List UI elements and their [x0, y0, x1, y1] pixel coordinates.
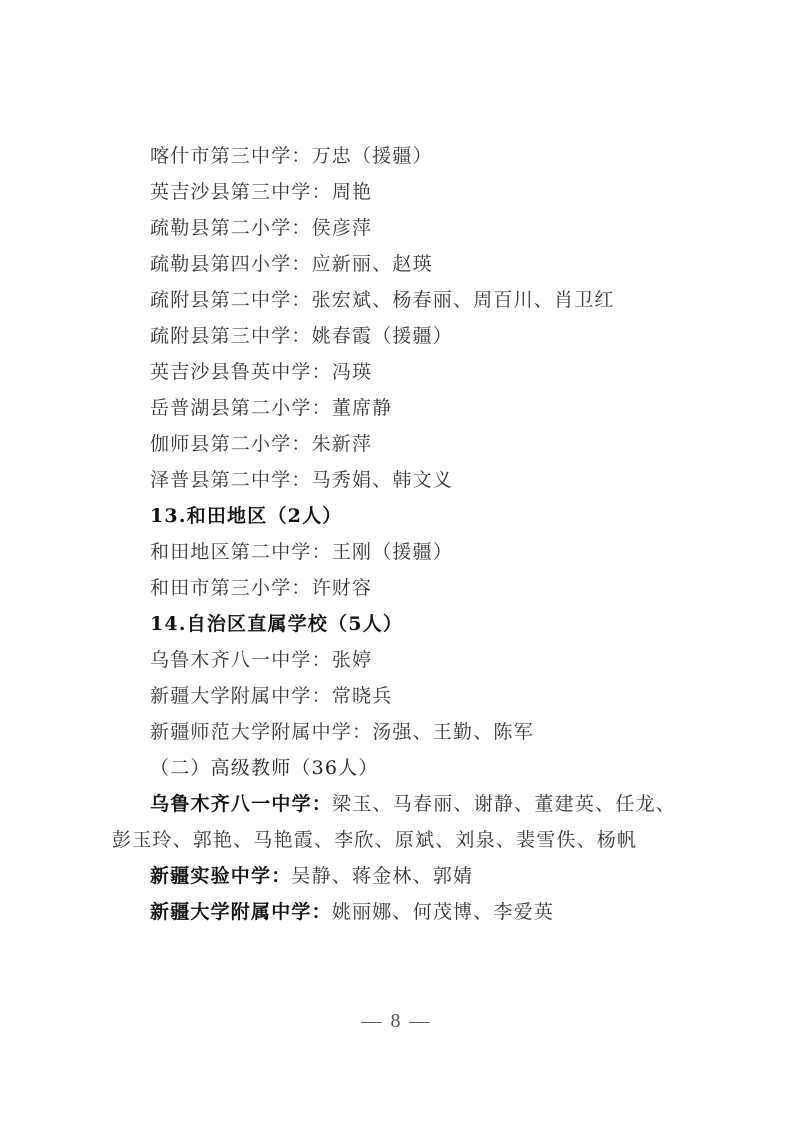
list-item: 疏勒县第四小学：应新丽、赵瑛: [112, 246, 676, 282]
school-name: 岳普湖县第二小学：: [150, 397, 332, 419]
teacher-names: 周艳: [332, 181, 372, 203]
teacher-names: 应新丽、赵瑛: [312, 253, 433, 275]
list-item: 泽普县第二中学：马秀娟、韩文义: [112, 462, 676, 498]
list-item: 和田地区第二中学：王刚（援疆）: [112, 534, 676, 570]
section-heading-senior-teachers: （二）高级教师（36人）: [112, 750, 676, 786]
list-item: 和田市第三小学：许财容: [112, 570, 676, 606]
list-item: 疏附县第三中学：姚春霞（援疆）: [112, 318, 676, 354]
school-name: 疏附县第二中学：: [150, 289, 312, 311]
school-name: 和田市第三小学：: [150, 577, 312, 599]
list-item: 英吉沙县第三中学：周艳: [112, 174, 676, 210]
school-name: 喀什市第三中学：: [150, 145, 312, 167]
teacher-names: 姚丽娜、何茂博、李爱英: [332, 901, 554, 923]
list-item: 新疆实验中学：吴静、蒋金林、郭婧: [112, 858, 676, 894]
list-item: 伽师县第二小学：朱新萍: [112, 426, 676, 462]
school-name: 新疆大学附属中学：: [150, 901, 332, 923]
page-number: — 8 —: [0, 1010, 793, 1033]
school-name: 疏勒县第四小学：: [150, 253, 312, 275]
school-name: 新疆大学附属中学：: [150, 685, 332, 707]
teacher-names: 许财容: [312, 577, 373, 599]
school-name: 英吉沙县鲁英中学：: [150, 361, 332, 383]
teacher-names: 万忠（援疆）: [312, 145, 433, 167]
teacher-names: 吴静、蒋金林、郭婧: [291, 865, 473, 887]
section-heading-hotan: 13.和田地区（2人）: [112, 498, 676, 534]
teacher-names: 常晓兵: [332, 685, 393, 707]
list-item: 疏附县第二中学：张宏斌、杨春丽、周百川、肖卫红: [112, 282, 676, 318]
school-name: 伽师县第二小学：: [150, 433, 312, 455]
teacher-names: 汤强、王勤、陈军: [372, 721, 534, 743]
teacher-names: 张婷: [332, 649, 372, 671]
list-item: 新疆大学附属中学：姚丽娜、何茂博、李爱英: [112, 894, 676, 930]
teacher-names: 朱新萍: [312, 433, 373, 455]
list-item: 岳普湖县第二小学：董席静: [112, 390, 676, 426]
school-name: 乌鲁木齐八一中学：: [150, 649, 332, 671]
school-name: 新疆实验中学：: [150, 865, 291, 887]
school-name: 英吉沙县第三中学：: [150, 181, 332, 203]
teacher-names: 侯彦萍: [312, 217, 373, 239]
document-page: 喀什市第三中学：万忠（援疆） 英吉沙县第三中学：周艳 疏勒县第二小学：侯彦萍 疏…: [112, 138, 676, 930]
list-item: 新疆师范大学附属中学：汤强、王勤、陈军: [112, 714, 676, 750]
section-heading-direct-schools: 14.自治区直属学校（5人）: [112, 606, 676, 642]
school-name: 泽普县第二中学：: [150, 469, 312, 491]
school-name: 疏勒县第二小学：: [150, 217, 312, 239]
teacher-names: 董席静: [332, 397, 393, 419]
teacher-names: 姚春霞（援疆）: [312, 325, 453, 347]
school-name: 疏附县第三中学：: [150, 325, 312, 347]
list-item: 乌鲁木齐八一中学：张婷: [112, 642, 676, 678]
school-name: 和田地区第二中学：: [150, 541, 332, 563]
list-item: 乌鲁木齐八一中学：梁玉、马春丽、谢静、董建英、任龙、彭玉玲、郭艳、马艳霞、李欣、…: [112, 786, 676, 858]
list-item: 疏勒县第二小学：侯彦萍: [112, 210, 676, 246]
list-item: 英吉沙县鲁英中学：冯瑛: [112, 354, 676, 390]
teacher-names: 王刚（援疆）: [332, 541, 453, 563]
list-item: 新疆大学附属中学：常晓兵: [112, 678, 676, 714]
teacher-names: 马秀娟、韩文义: [312, 469, 453, 491]
list-item: 喀什市第三中学：万忠（援疆）: [112, 138, 676, 174]
school-name: 乌鲁木齐八一中学：: [150, 793, 332, 815]
teacher-names: 冯瑛: [332, 361, 372, 383]
teacher-names: 张宏斌、杨春丽、周百川、肖卫红: [312, 289, 615, 311]
school-name: 新疆师范大学附属中学：: [150, 721, 372, 743]
